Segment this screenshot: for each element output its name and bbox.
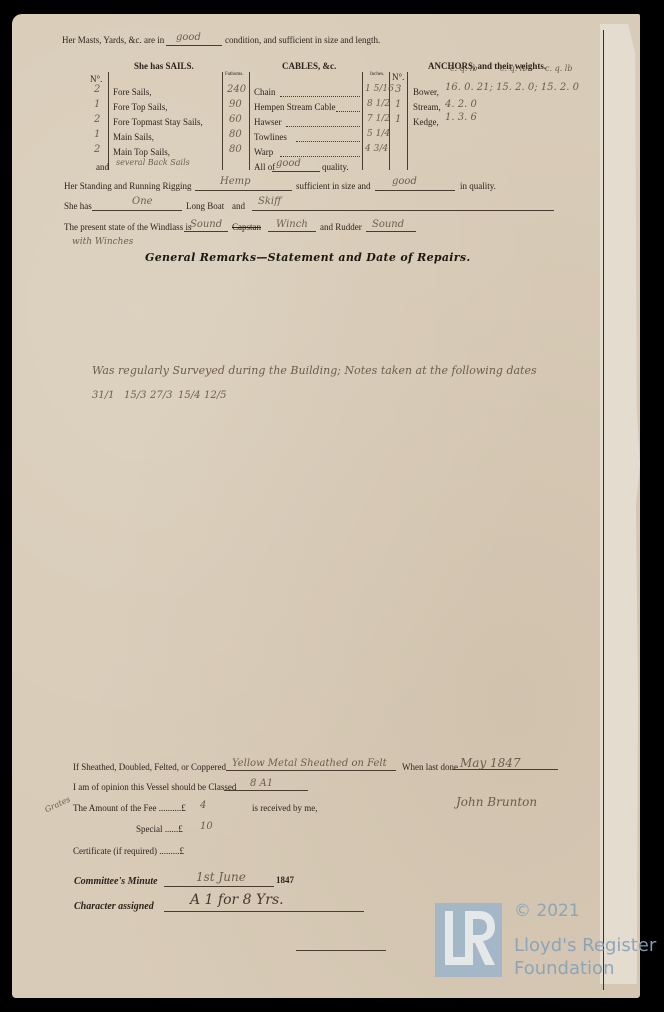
rudder-value: Sound	[372, 219, 404, 230]
character-assigned-value: A 1 for 8 Yrs.	[190, 892, 284, 908]
watermark-copyright: © 2021	[514, 901, 580, 921]
character-underline	[164, 911, 364, 912]
anchor-label: Kedge,	[413, 117, 439, 127]
classification-value: 8 A1	[250, 778, 273, 789]
sail-label: Main Sails,	[113, 132, 154, 142]
cable-fathoms: 90	[229, 99, 242, 110]
boats-underline2	[252, 210, 554, 211]
cable-fathoms: 240	[227, 84, 246, 95]
capstan-label: Capstan	[232, 222, 261, 232]
watermark-org-line2: Foundation	[514, 958, 614, 979]
survey-date: 31/1	[92, 390, 114, 401]
classification-underline	[224, 790, 308, 791]
sails-and-label: and	[96, 162, 109, 172]
leader-dots	[296, 141, 360, 142]
windlass-note: with Winches	[72, 237, 133, 247]
cable-label: Hempen Stream Cable	[254, 102, 335, 112]
sails-no-label: N°.	[90, 74, 102, 84]
remarks-text: Was regularly Surveyed during the Buildi…	[92, 364, 537, 377]
table-rule	[222, 72, 223, 170]
windlass-value: Sound	[190, 219, 222, 230]
boats-prefix: She has	[64, 201, 92, 211]
windlass-prefix: The present state of the Windlass is	[64, 222, 191, 232]
table-rule	[407, 72, 408, 170]
character-assigned-label: Character assigned	[74, 901, 154, 912]
anchor-label: Stream,	[413, 102, 441, 112]
leader-dots	[286, 126, 360, 127]
sail-count: 1	[94, 99, 100, 110]
masts-value: good	[176, 32, 201, 43]
capstan-value: Winch	[276, 219, 308, 230]
masts-underline	[166, 45, 222, 46]
table-rule	[249, 72, 250, 170]
general-remarks-heading: General Remarks—Statement and Date of Re…	[145, 251, 471, 264]
minute-underline	[164, 886, 274, 887]
cable-fathoms: 80	[229, 144, 242, 155]
anchors-no-label: N°.	[392, 72, 404, 82]
leader-dots	[336, 111, 360, 112]
anchor-count: 1	[395, 99, 401, 110]
cables-header: CABLES, &c.	[282, 61, 336, 71]
rigging-underline	[195, 190, 292, 191]
anchor-weights: 4. 2. 0	[445, 99, 477, 110]
sails-and-value: several Back Sails	[116, 158, 190, 167]
last-done-label: When last done	[402, 762, 458, 772]
masts-suffix: condition, and sufficient in size and le…	[225, 35, 380, 45]
cable-fathoms: 80	[229, 129, 242, 140]
anchor-weights: 1. 3. 6	[445, 112, 477, 123]
last-done-value: May 1847	[460, 756, 521, 770]
committee-minute-year: 1847	[276, 875, 294, 885]
anchor-unit: c. q. lb	[545, 64, 572, 73]
sail-count: 1	[94, 129, 100, 140]
rigging-suffix: in quality.	[460, 181, 496, 191]
inches-label: Inches.	[370, 72, 384, 77]
cable-label: Towlines	[254, 132, 287, 142]
sail-count: 2	[94, 114, 100, 125]
surveyor-signature: John Brunton	[456, 795, 537, 809]
boats-value2: Skiff	[258, 196, 281, 207]
sheathing-underline	[226, 770, 396, 771]
masts-prefix: Her Masts, Yards, &c. are in	[62, 35, 164, 45]
boats-middle: Long Boat	[186, 201, 224, 211]
capstan-underline	[268, 231, 316, 232]
cable-label: Hawser	[254, 117, 282, 127]
last-done-underline	[452, 769, 558, 770]
committee-minute-value: 1st June	[196, 870, 246, 884]
survey-date: 12/5	[204, 390, 226, 401]
anchor-unit: c. q. lb	[500, 64, 527, 73]
windlass-underline	[184, 231, 228, 232]
rigging-value: Hemp	[220, 176, 251, 187]
boats-and-label: and	[232, 201, 245, 211]
special-fee-label: Special ......£	[136, 824, 183, 834]
torn-edge-strip	[600, 24, 640, 984]
fee-amount-value: 4	[200, 800, 206, 811]
survey-date: 15/4	[178, 390, 200, 401]
anchors-header: ANCHORS, and their weights.	[428, 61, 546, 71]
cable-fathoms: 60	[229, 114, 242, 125]
quality-label: quality.	[322, 162, 349, 172]
sail-count: 2	[94, 144, 100, 155]
committee-minute-label: Committee's Minute	[74, 876, 158, 887]
boats-underline	[92, 210, 182, 211]
cable-label: Chain	[254, 87, 276, 97]
leader-dots	[280, 96, 360, 97]
committee-signature-line	[296, 950, 386, 951]
sail-label: Fore Topmast Stay Sails,	[113, 117, 203, 127]
cable-label: Warp	[254, 147, 273, 157]
cable-inches: 5 1/4	[367, 129, 390, 139]
classification-prefix: I am of opinion this Vessel should be Cl…	[73, 782, 236, 792]
sail-label: Fore Top Sails,	[113, 102, 167, 112]
rigging-middle: sufficient in size and	[296, 181, 371, 191]
sails-header: She has SAILS.	[134, 61, 194, 71]
survey-date: 27/3	[150, 390, 172, 401]
cable-inches: 4 3/4	[365, 144, 388, 154]
rigging-value2: good	[392, 176, 417, 187]
anchor-count: 1	[395, 114, 401, 125]
sheathing-prefix: If Sheathed, Doubled, Felted, or Coppere…	[73, 762, 226, 772]
margin-rule	[603, 30, 604, 990]
sail-label: Fore Sails,	[113, 87, 152, 97]
table-rule	[362, 72, 363, 170]
anchor-unit: c. q. lb	[450, 64, 477, 73]
sheathing-value: Yellow Metal Sheathed on Felt	[232, 758, 387, 769]
all-of-value: good	[276, 158, 301, 169]
cable-inches: 1 5/16	[365, 84, 394, 94]
watermark-org-line1: Lloyd's Register	[514, 935, 656, 956]
cable-inches: 7 1/2	[367, 114, 390, 124]
table-rule	[108, 72, 109, 170]
leader-dots	[280, 156, 360, 157]
rigging-prefix: Her Standing and Running Rigging	[64, 181, 192, 191]
all-of-underline	[272, 171, 320, 172]
sail-count: 2	[94, 84, 100, 95]
rudder-label: and Rudder	[320, 222, 362, 232]
anchor-label: Bower,	[413, 87, 439, 97]
fee-received-label: is received by me,	[252, 803, 317, 813]
rigging-underline2	[375, 190, 455, 191]
lr-logo-icon	[435, 903, 502, 977]
certificate-label: Certificate (if required) .........£	[73, 846, 184, 856]
special-fee-value: 10	[200, 821, 213, 832]
survey-date: 15/3	[124, 390, 146, 401]
cable-inches: 8 1/2	[367, 99, 390, 109]
anchor-count: 3	[395, 84, 401, 95]
sail-label: Main Top Sails,	[113, 147, 170, 157]
rudder-underline	[366, 231, 416, 232]
anchor-weights: 16. 0. 21; 15. 2. 0; 15. 2. 0	[445, 82, 579, 93]
fathoms-label: Fathoms.	[225, 72, 243, 77]
fee-amount-label: The Amount of the Fee ..........£	[73, 803, 186, 813]
boats-value: One	[132, 196, 153, 207]
